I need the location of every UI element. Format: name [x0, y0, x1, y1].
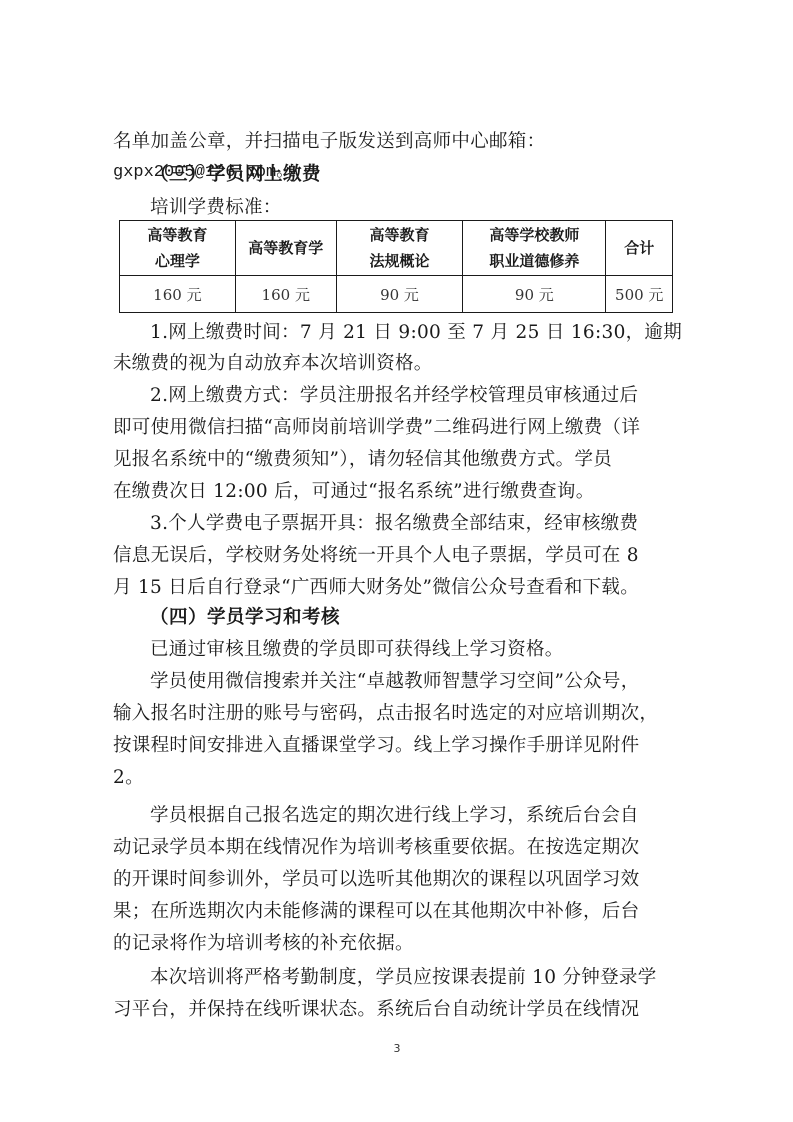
text-line: 学员使用微信搜索并关注“卓越教师智慧学习空间”公众号，: [150, 670, 710, 694]
section-heading-payment: （三）学员网上缴费: [150, 163, 710, 187]
text-line: 月 15 日后自行登录“广西师大财务处”微信公众号查看和下载。: [113, 576, 673, 600]
text-line: 动记录学员本期在线情况作为培训考核重要依据。在按选定期次: [113, 836, 673, 860]
fee-table-header-cell: 高等教育 法规概论: [336, 221, 462, 276]
text-line: 本次培训将严格考勤制度，学员应按课表提前 10 分钟登录学: [150, 966, 710, 990]
text-line: 习平台，并保持在线听课状态。系统后台自动统计学员在线情况: [113, 998, 673, 1022]
fee-table-header-row: 高等教育 心理学 高等教育学 高等教育 法规概论 高等学校教师 职业道德修养 合…: [120, 221, 673, 276]
fee-table-value-row: 160 元 160 元 90 元 90 元 500 元: [120, 276, 673, 313]
text-line: 名单加盖公章，并扫描电子版发送到高师中心邮箱：: [113, 130, 673, 154]
text-line: 1.网上缴费时间：7 月 21 日 9:00 至 7 月 25 日 16:30，…: [150, 321, 710, 345]
fee-table-cell: 90 元: [463, 276, 606, 313]
fee-standard-label: 培训学费标准：: [150, 196, 710, 220]
text-line: 未缴费的视为自动放弃本次培训资格。: [113, 352, 673, 376]
text-line: 的记录将作为培训考核的补充依据。: [113, 932, 673, 956]
fee-table-header-cell: 高等教育 心理学: [120, 221, 236, 276]
text-line: 的开课时间参训外，学员可以选听其他期次的课程以巩固学习效: [113, 868, 673, 892]
text-line: 即可使用微信扫描“高师岗前培训学费”二维码进行网上缴费（详: [113, 416, 673, 440]
text-line: 见报名系统中的“缴费须知”），请勿轻信其他缴费方式。学员: [113, 448, 673, 472]
text-line: 在缴费次日 12:00 后，可通过“报名系统”进行缴费查询。: [113, 480, 673, 504]
text-line: 按课程时间安排进入直播课堂学习。线上学习操作手册详见附件: [113, 734, 673, 758]
text-line: 已通过审核且缴费的学员即可获得线上学习资格。: [150, 638, 710, 662]
text-line: 信息无误后，学校财务处将统一开具个人电子票据，学员可在 8: [113, 544, 673, 568]
fee-table-cell: 160 元: [235, 276, 336, 313]
fee-table-cell: 160 元: [120, 276, 236, 313]
text-line: 果；在所选期次内未能修满的课程可以在其他期次中补修，后台: [113, 900, 673, 924]
fee-table-header-cell: 高等学校教师 职业道德修养: [463, 221, 606, 276]
fee-table-cell: 90 元: [336, 276, 462, 313]
document-page: 名单加盖公章，并扫描电子版发送到高师中心邮箱： gxpx2005@126.com…: [0, 0, 793, 1122]
text-line: 2。: [113, 766, 673, 790]
fee-table-cell: 500 元: [606, 276, 673, 313]
text-line: 输入报名时注册的账号与密码，点击报名时选定的对应培训期次，: [113, 702, 673, 726]
fee-table: 高等教育 心理学 高等教育学 高等教育 法规概论 高等学校教师 职业道德修养 合…: [119, 220, 673, 313]
fee-table-header-cell: 高等教育学: [235, 221, 336, 276]
section-heading-study: （四）学员学习和考核: [150, 606, 710, 630]
text-line: 学员根据自己报名选定的期次进行线上学习，系统后台会自: [150, 804, 710, 828]
fee-table-header-cell: 合计: [606, 221, 673, 276]
text-line: 2.网上缴费方式：学员注册报名并经学校管理员审核通过后: [150, 384, 710, 408]
text-line: 3.个人学费电子票据开具：报名缴费全部结束，经审核缴费: [150, 512, 710, 536]
page-number: 3: [390, 1042, 404, 1055]
